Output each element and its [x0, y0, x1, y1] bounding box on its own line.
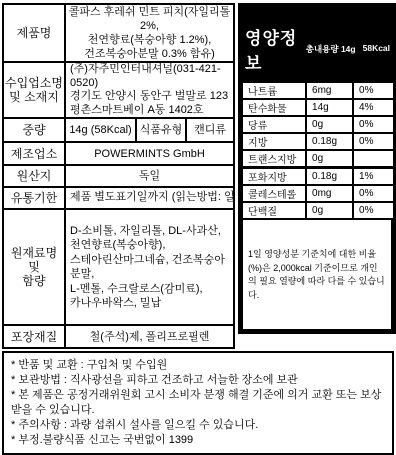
nutrition-header: 영양정보 총내용량 14g 58Kcal	[238, 3, 396, 81]
nutrient-dv: 0%	[353, 133, 394, 150]
nutrient-row-satfat: 포화지방 0.18g 1%	[242, 168, 394, 186]
expiry-label: 유통기한	[3, 187, 65, 209]
product-label: 제품명 콜파스 후레쉬 민트 피치(자일리톨 2%, 천연향료(복숭아향 1.2…	[2, 3, 394, 455]
importer-label: 수입업소명 및 소재지	[3, 62, 65, 118]
ingredients-value: D-소비톨, 자일리톨, DL-사과산, 천연향료(복숭아향), 스테아린산마그…	[65, 209, 234, 325]
nutrient-dv: 4%	[353, 99, 394, 116]
nutrient-amount: 0g	[306, 150, 353, 168]
packaging-row: 포장재질 철(주석)제, 폴리프로필렌	[3, 325, 234, 348]
product-name-label: 제품명	[3, 4, 65, 62]
nutrient-dv: 0%	[353, 82, 394, 99]
weight-row: 중량 14g (58Kcal) 식품유형 캔디류	[3, 118, 234, 142]
nutrient-amount: 0g	[306, 202, 353, 219]
note-caution: * 주의사항 : 과량 섭취시 설사를 일으킬 수 있습니다.	[11, 418, 385, 433]
origin-value: 독일	[65, 165, 234, 187]
expiry-row: 유통기한 제품 별도표기일까지 (읽는방법: 일/월/년	[3, 187, 234, 209]
ingredients-row: 원재료명 및 함량 D-소비톨, 자일리톨, DL-사과산, 천연향료(복숭아향…	[3, 209, 234, 325]
weight-label: 중량	[3, 118, 65, 142]
nutrient-name: 단백질	[242, 202, 306, 219]
nutrition-footnote: 1일 영양성분 기준치에 대한 비율(%)은 2,000kcal 기준이므로 개…	[241, 220, 393, 331]
note-compensation: * 본 제품은 공정거래위원회 고시 소비자 분쟁 해결 기준에 의거 교환 또…	[11, 388, 385, 418]
nutrient-amount: 0g	[306, 116, 353, 133]
nutrient-row-protein: 단백질 0g 0%	[242, 202, 394, 219]
nutrient-name: 콜레스테롤	[242, 185, 306, 202]
nutrient-dv	[353, 150, 394, 168]
nutrient-dv: 0%	[353, 116, 394, 133]
manufacturer-row: 제조업소 POWERMINTS GmbH	[3, 142, 234, 165]
packaging-value: 철(주석)제, 폴리프로필렌	[65, 325, 234, 348]
nutrient-row-cholesterol: 콜레스테롤 0mg 0%	[242, 185, 394, 202]
nutrient-row-transfat: 트랜스지방 0g	[242, 150, 394, 168]
nutrient-name: 당류	[242, 116, 306, 133]
nutrient-name: 나트륨	[242, 82, 306, 99]
nutrient-row-fat: 지방 0.18g 0%	[242, 133, 394, 150]
origin-label: 원산지	[3, 165, 65, 187]
product-info-table: 제품명 콜파스 후레쉬 민트 피치(자일리톨 2%, 천연향료(복숭아향 1.2…	[2, 3, 235, 349]
nutrition-title: 영양정보	[245, 24, 306, 74]
manufacturer-value: POWERMINTS GmbH	[65, 142, 234, 165]
nutrient-amount: 6mg	[306, 82, 353, 99]
nutrition-total: 총내용량 14g 58Kcal	[306, 43, 390, 55]
nutrient-row-carbohydrate: 탄수화물 14g 4%	[242, 99, 394, 116]
nutrition-total-amount: 총내용량 14g	[306, 43, 356, 55]
top-section: 제품명 콜파스 후레쉬 민트 피치(자일리톨 2%, 천연향료(복숭아향 1.2…	[2, 3, 394, 349]
food-type-value: 캔디류	[186, 118, 234, 142]
ingredients-label: 원재료명 및 함량	[3, 209, 65, 325]
food-type-label: 식품유형	[136, 118, 186, 142]
expiry-value: 제품 별도표기일까지 (읽는방법: 일/월/년	[65, 187, 234, 209]
nutrient-amount: 0.18g	[306, 133, 353, 150]
note-return-exchange: * 반품 및 교환 : 구입처 및 수입원	[11, 358, 385, 373]
weight-value: 14g (58Kcal)	[65, 118, 136, 142]
nutrient-name: 지방	[242, 133, 306, 150]
notes-section: * 반품 및 교환 : 구입처 및 수입원 * 보관방법 : 직사광선을 피하고…	[2, 351, 394, 455]
nutrient-name: 트랜스지방	[242, 150, 306, 168]
origin-row: 원산지 독일	[3, 165, 234, 187]
nutrition-total-kcal: 58Kcal	[363, 43, 390, 55]
importer-value: (주)자주민인터내셔널(031-421-0520) 경기도 안양시 동안구 벌말…	[65, 62, 234, 118]
nutrient-amount: 0.18g	[306, 168, 353, 186]
nutrient-amount: 0mg	[306, 185, 353, 202]
product-name-value: 콜파스 후레쉬 민트 피치(자일리톨 2%, 천연향료(복숭아향 1.2%), …	[65, 4, 234, 62]
nutrient-row-sodium: 나트륨 6mg 0%	[242, 82, 394, 99]
manufacturer-label: 제조업소	[3, 142, 65, 165]
nutrient-amount: 14g	[306, 99, 353, 116]
nutrient-name: 포화지방	[242, 168, 306, 186]
nutrient-name: 탄수화물	[242, 99, 306, 116]
nutrient-dv: 1%	[353, 168, 394, 186]
importer-row: 수입업소명 및 소재지 (주)자주민인터내셔널(031-421-0520) 경기…	[3, 62, 234, 118]
product-name-row: 제품명 콜파스 후레쉬 민트 피치(자일리톨 2%, 천연향료(복숭아향 1.2…	[3, 4, 234, 62]
nutrient-dv: 0%	[353, 202, 394, 219]
packaging-label: 포장재질	[3, 325, 65, 348]
nutrient-dv: 0%	[353, 185, 394, 202]
nutrition-panel: 영양정보 총내용량 14g 58Kcal 나트륨 6mg 0% 탄수화물 14g…	[238, 3, 396, 334]
nutrition-table: 나트륨 6mg 0% 탄수화물 14g 4% 당류 0g 0% 지방 0.18g	[241, 81, 395, 220]
note-storage: * 보관방법 : 직사광선을 피하고 건조하고 서늘한 장소에 보관	[11, 373, 385, 388]
nutrient-row-sugars: 당류 0g 0%	[242, 116, 394, 133]
